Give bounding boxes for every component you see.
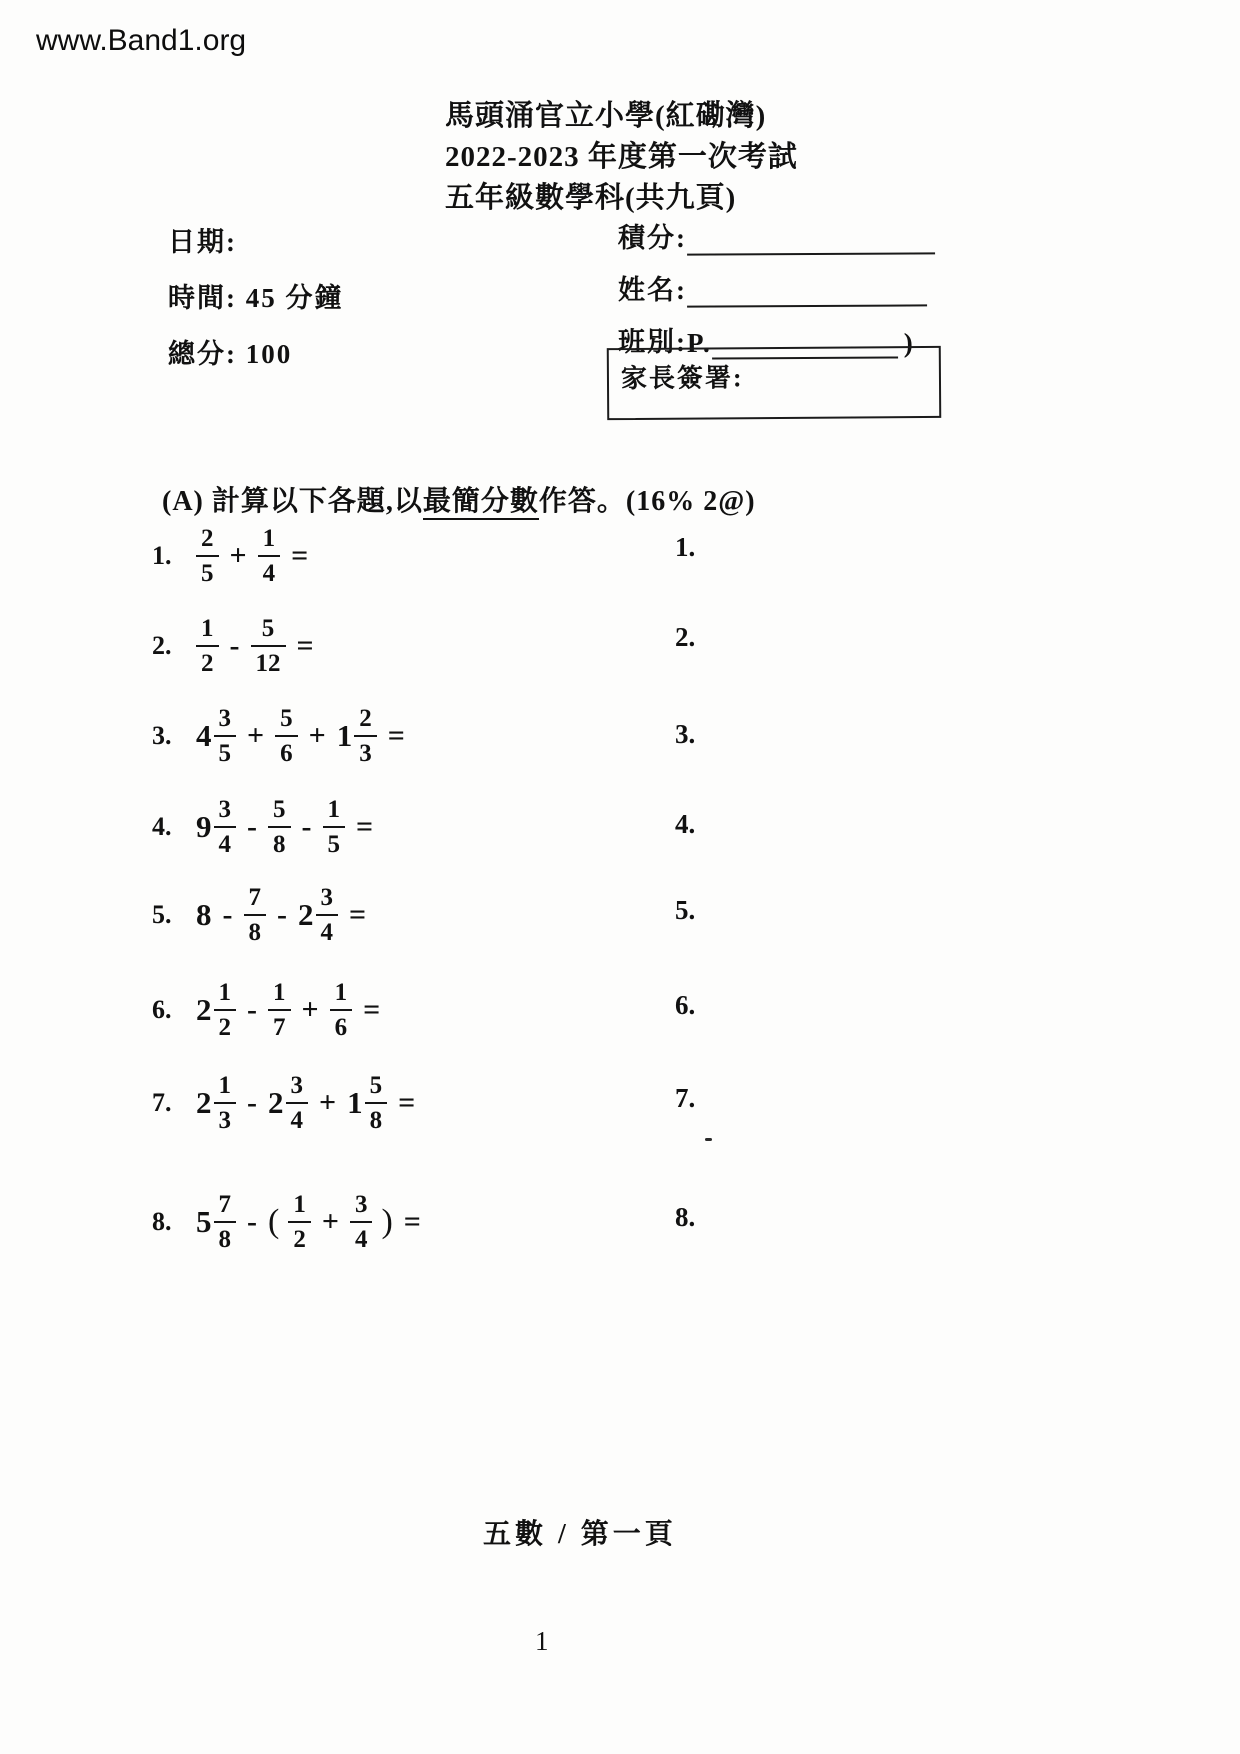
- section-a-suffix: 作答。(16% 2@): [539, 486, 756, 517]
- operator: -: [245, 993, 259, 1027]
- exam-title: 2022-2023 年度第一次考試: [445, 137, 798, 178]
- parenthesis: (: [268, 1203, 279, 1241]
- time-label: 時間:: [168, 283, 237, 313]
- fraction: 58: [268, 797, 291, 857]
- fraction: 12: [196, 616, 219, 676]
- operator: -: [245, 810, 259, 844]
- fraction: 56: [275, 706, 298, 766]
- question-row-8: 8.578-(12+34)=: [152, 1184, 423, 1260]
- name-blank-line: [687, 274, 927, 307]
- total-value: 100: [246, 339, 293, 369]
- question-expression: 8-78-234=: [196, 885, 368, 945]
- answer-slot-4: 4.: [675, 809, 695, 840]
- stray-scan-mark: [705, 1138, 712, 1141]
- answer-slot-7: 7.: [675, 1083, 695, 1114]
- operator: =: [354, 810, 375, 844]
- answer-slot-8: 8.: [675, 1202, 695, 1233]
- operator: =: [347, 898, 368, 932]
- parent-signature-box: 家長簽署:: [607, 346, 941, 420]
- operator: =: [361, 993, 382, 1027]
- answer-slot-2: 2.: [675, 622, 695, 653]
- question-row-5: 5.8-78-234=: [152, 877, 368, 953]
- answer-slot-5: 5.: [675, 895, 695, 926]
- operator: -: [300, 810, 314, 844]
- score-label: 積分:: [618, 216, 687, 255]
- operator: =: [386, 719, 407, 753]
- question-number: 8.: [152, 1207, 196, 1237]
- fraction: 12: [288, 1192, 311, 1252]
- name-label: 姓名:: [618, 268, 687, 307]
- watermark: www.Band1.org: [36, 24, 246, 58]
- fraction: 78: [214, 1192, 237, 1252]
- question-expression: 934-58-15=: [196, 797, 375, 857]
- operator: -: [221, 898, 235, 932]
- footer-page-label: 五數 / 第一頁: [483, 1512, 677, 1552]
- time-value: 45 分鐘: [246, 283, 344, 313]
- fraction: 35: [214, 706, 237, 766]
- fraction: 25: [196, 526, 219, 586]
- fraction: 23: [354, 706, 377, 766]
- mixed-number: 934: [196, 797, 236, 857]
- fraction: 58: [365, 1073, 388, 1133]
- question-number: 7.: [152, 1088, 196, 1118]
- date-label: 日期:: [168, 227, 237, 257]
- fraction: 78: [244, 885, 267, 945]
- operator: =: [295, 629, 316, 663]
- mixed-number: 213: [196, 1073, 236, 1133]
- question-expression: 212-17+16=: [196, 980, 382, 1040]
- question-row-4: 4.934-58-15=: [152, 789, 375, 865]
- mixed-number: 578: [196, 1192, 236, 1252]
- score-blank-line: [687, 222, 935, 255]
- question-number: 3.: [152, 721, 196, 751]
- operator: -: [245, 1205, 259, 1239]
- question-number: 5.: [152, 900, 196, 930]
- mixed-number: 234: [298, 885, 338, 945]
- operator: +: [307, 719, 328, 753]
- subject-title: 五年級數學科(共九頁): [445, 178, 798, 219]
- section-a-header: (A) 計算以下各題,以最簡分數作答。(16% 2@): [162, 479, 756, 519]
- operator: +: [228, 539, 249, 573]
- operator: -: [228, 629, 242, 663]
- section-a-underlined: 最簡分數: [423, 486, 539, 520]
- operator: -: [275, 898, 289, 932]
- fraction: 13: [214, 1073, 237, 1133]
- score-row: 積分:: [618, 216, 935, 255]
- fraction: 34: [286, 1073, 309, 1133]
- fraction: 12: [214, 980, 237, 1040]
- total-label: 總分:: [168, 339, 237, 369]
- question-row-7: 7.213-234+158=: [152, 1065, 417, 1141]
- fraction: 16: [330, 980, 353, 1040]
- question-number: 1.: [152, 541, 196, 571]
- date-row: 日期:: [168, 220, 344, 259]
- operator: =: [402, 1205, 423, 1239]
- operator: +: [317, 1086, 338, 1120]
- operator: =: [289, 539, 310, 573]
- title-block: 馬頭涌官立小學(紅磡灣) 2022-2023 年度第一次考試 五年級數學科(共九…: [445, 96, 798, 220]
- operator: =: [396, 1086, 417, 1120]
- mixed-number: 212: [196, 980, 236, 1040]
- question-row-6: 6.212-17+16=: [152, 972, 382, 1048]
- page-number: 1: [535, 1626, 549, 1657]
- fraction: 34: [316, 885, 339, 945]
- info-left-block: 日期: 時間: 45 分鐘 總分: 100: [168, 220, 344, 388]
- parent-signature-label: 家長簽署:: [609, 348, 939, 395]
- time-row: 時間: 45 分鐘: [168, 276, 344, 315]
- operator: +: [245, 719, 266, 753]
- section-a-prefix: (A) 計算以下各題,以: [162, 486, 423, 517]
- operator: +: [300, 993, 321, 1027]
- integer: 8: [196, 897, 212, 933]
- question-row-1: 1.25+14=: [152, 518, 310, 594]
- mixed-number: 158: [347, 1073, 387, 1133]
- total-row: 總分: 100: [168, 332, 344, 371]
- question-expression: 25+14=: [196, 526, 310, 586]
- operator: +: [320, 1205, 341, 1239]
- answer-slot-6: 6.: [675, 990, 695, 1021]
- fraction: 34: [350, 1192, 373, 1252]
- answer-slot-3: 3.: [675, 719, 695, 750]
- parenthesis: ): [381, 1203, 392, 1241]
- answer-slot-1: 1.: [675, 532, 695, 563]
- question-expression: 12-512=: [196, 616, 316, 676]
- mixed-number: 435: [196, 706, 236, 766]
- mixed-number: 123: [337, 706, 377, 766]
- question-row-3: 3.435+56+123=: [152, 698, 407, 774]
- question-number: 4.: [152, 812, 196, 842]
- fraction: 34: [214, 797, 237, 857]
- question-expression: 435+56+123=: [196, 706, 407, 766]
- question-number: 2.: [152, 631, 196, 661]
- question-number: 6.: [152, 995, 196, 1025]
- school-name: 馬頭涌官立小學(紅磡灣): [445, 96, 798, 137]
- mixed-number: 234: [268, 1073, 308, 1133]
- fraction: 17: [268, 980, 291, 1040]
- question-expression: 213-234+158=: [196, 1073, 417, 1133]
- fraction: 14: [258, 526, 281, 586]
- exam-paper-page: www.Band1.org 馬頭涌官立小學(紅磡灣) 2022-2023 年度第…: [0, 0, 1240, 1754]
- question-expression: 578-(12+34)=: [196, 1192, 423, 1252]
- question-row-2: 2.12-512=: [152, 608, 316, 684]
- fraction: 15: [323, 797, 346, 857]
- operator: -: [245, 1086, 259, 1120]
- name-row: 姓名:: [618, 268, 935, 307]
- fraction: 512: [251, 616, 286, 676]
